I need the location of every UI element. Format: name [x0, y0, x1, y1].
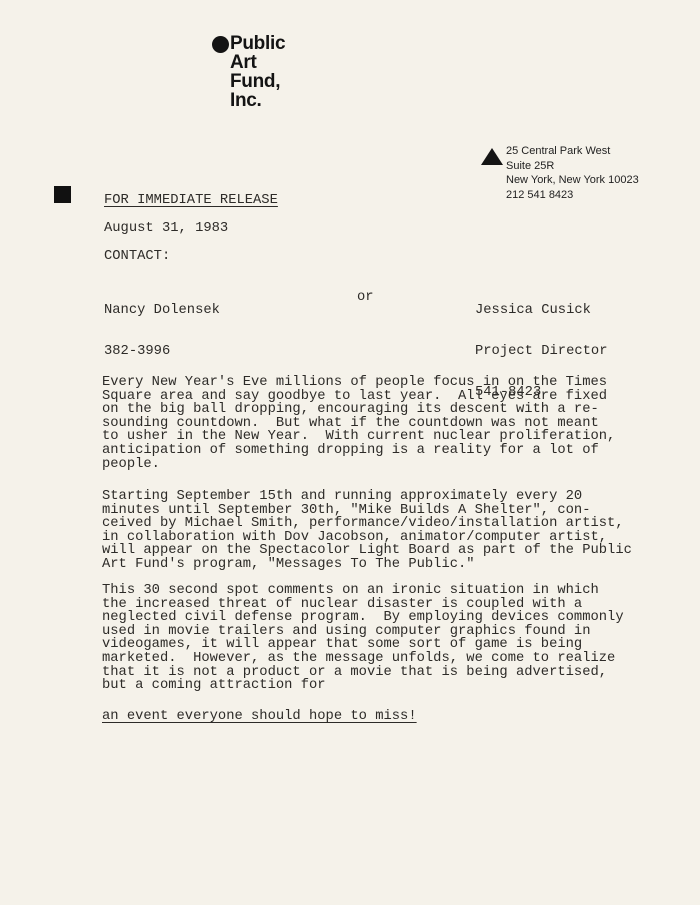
contact-phone: 382-3996 — [104, 345, 220, 359]
address-line: Suite 25R — [506, 159, 639, 174]
contact-nancy-dolensek: Nancy Dolensek 382-3996 — [104, 277, 220, 386]
body-line: videogames, it will appear that some sor… — [102, 638, 624, 652]
contact-name: Jessica Cusick — [475, 304, 607, 318]
body-paragraph-1: Every New Year's Eve millions of people … — [102, 376, 615, 471]
body-line: anticipation of something dropping is a … — [102, 444, 615, 458]
closing-line: an event everyone should hope to miss! — [102, 710, 417, 724]
address-line: 212 541 8423 — [506, 188, 639, 203]
logo-line: Fund, — [230, 72, 285, 91]
address-line: 25 Central Park West — [506, 144, 639, 159]
release-heading: FOR IMMEDIATE RELEASE — [104, 194, 278, 208]
body-line: will appear on the Spectacolor Light Boa… — [102, 544, 632, 558]
triangle-icon — [481, 148, 503, 165]
logo-line: Art — [230, 53, 285, 72]
logo-line: Inc. — [230, 91, 285, 110]
body-paragraph-2: Starting September 15th and running appr… — [102, 490, 632, 572]
square-bullet-icon — [54, 186, 71, 203]
body-line: Art Fund's program, "Messages To The Pub… — [102, 558, 632, 572]
body-line: to usher in the New Year. With current n… — [102, 430, 615, 444]
body-line: Every New Year's Eve millions of people … — [102, 376, 615, 390]
contact-name: Nancy Dolensek — [104, 304, 220, 318]
letterhead-address: 25 Central Park West Suite 25R New York,… — [481, 144, 639, 202]
body-line: on the big ball dropping, encouraging it… — [102, 403, 615, 417]
body-paragraph-3: This 30 second spot comments on an ironi… — [102, 584, 624, 693]
release-date: August 31, 1983 — [104, 222, 228, 236]
body-line: people. — [102, 458, 615, 472]
body-line: ceived by Michael Smith, performance/vid… — [102, 517, 632, 531]
press-release-page: Public Art Fund, Inc. 25 Central Park We… — [0, 0, 700, 905]
logo-line: Public — [230, 34, 285, 53]
body-line: marketed. However, as the message unfold… — [102, 652, 624, 666]
contact-title: Project Director — [475, 345, 607, 359]
public-art-fund-logo: Public Art Fund, Inc. — [212, 34, 285, 110]
contact-separator: or — [357, 291, 374, 305]
logo-dot-icon — [212, 36, 229, 53]
body-line: Starting September 15th and running appr… — [102, 490, 632, 504]
body-line: neglected civil defense program. By empl… — [102, 611, 624, 625]
contact-label: CONTACT: — [104, 250, 170, 264]
body-line: This 30 second spot comments on an ironi… — [102, 584, 624, 598]
body-line: but a coming attraction for — [102, 679, 624, 693]
address-line: New York, New York 10023 — [506, 173, 639, 188]
